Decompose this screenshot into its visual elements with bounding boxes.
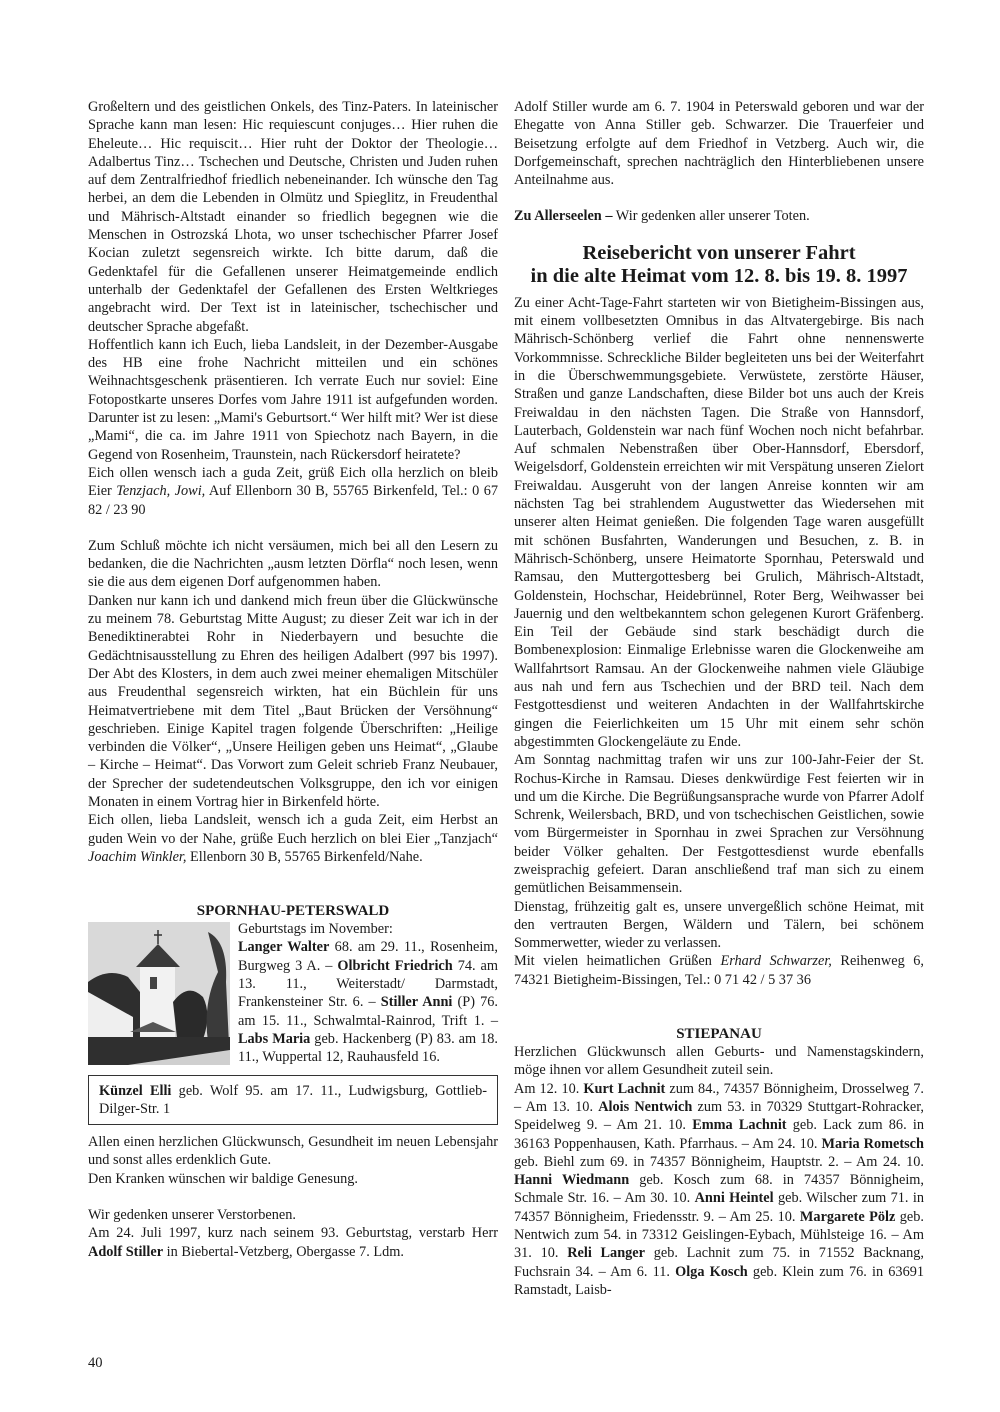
paragraph-obituary-continued: Adolf Stiller wurde am 6. 7. 1904 in Pet… xyxy=(514,98,924,189)
stiepanau-birthday-list: Am 12. 10. Kurt Lachnit zum 84., 74357 B… xyxy=(514,1080,924,1300)
paragraph-greeting-tenzjach: Eich ollen wensch iach a guda Zeit, grüß… xyxy=(88,464,498,519)
report-paragraph-3: Dienstag, frühzeitig galt es, unsere unv… xyxy=(514,898,924,953)
section-stiepanau: STIEPANAU Herzlichen Glückwunsch allen G… xyxy=(514,1025,924,1299)
allerseelen-note: Zu Allerseelen – Wir gedenken aller unse… xyxy=(514,207,924,225)
paragraph-birthday-thanks: Danken nur kann ich und dankend mich fre… xyxy=(88,592,498,812)
birthday-list: Langer Walter 68. am 29. 11., Rosenheim,… xyxy=(238,938,498,1066)
deceased-notice: Am 24. Juli 1997, kurz nach seinem 93. G… xyxy=(88,1224,498,1261)
signature-schwarzer: Erhard Schwarzer, xyxy=(720,953,831,969)
birthdays-intro: Geburtstags im November: xyxy=(238,920,498,938)
paragraph-grave-inscriptions: Großeltern und des geistlichen Onkels, d… xyxy=(88,98,498,336)
section-title-spornhau: SPORNHAU-PETERSWALD xyxy=(88,902,498,920)
section-spornhau-peterswald: SPORNHAU-PETERSWALD xyxy=(88,902,498,1261)
signature-winkler: Joachim Winkler, xyxy=(88,849,186,865)
wishes-text: Allen einen herzlichen Glückwunsch, Gesu… xyxy=(88,1133,498,1170)
stiepanau-intro: Herzlichen Glückwunsch allen Geburts- un… xyxy=(514,1043,924,1080)
church-photo xyxy=(88,922,230,1065)
page-number: 40 xyxy=(88,1355,103,1372)
paragraph-greeting-winkler: Eich ollen, lieba Landsleit, wensch ich … xyxy=(88,811,498,866)
left-column: Großeltern und des geistlichen Onkels, d… xyxy=(88,98,498,1261)
signature-tenzjach: Tenzjach, Jowi, xyxy=(116,483,205,499)
get-well-text: Den Kranken wünschen wir baldige Genesun… xyxy=(88,1170,498,1188)
report-title: Reisebericht von unserer Fahrt in die al… xyxy=(514,242,924,288)
section-title-stiepanau: STIEPANAU xyxy=(514,1025,924,1043)
report-paragraph-1: Zu einer Acht-Tage-Fahrt starteten wir v… xyxy=(514,294,924,751)
spornhau-birthdays: Geburtstags im November: Langer Walter 6… xyxy=(238,920,498,1066)
church-illustration-icon xyxy=(88,922,230,1065)
deceased-intro: Wir gedenken unserer Verstorbenen. xyxy=(88,1206,498,1224)
paragraph-thanks-readers: Zum Schluß möchte ich nicht versäumen, m… xyxy=(88,537,498,592)
report-signature: Mit vielen heimatlichen Grüßen Erhard Sc… xyxy=(514,952,924,989)
highlighted-birthday-box: Künzel Elli geb. Wolf 95. am 17. 11., Lu… xyxy=(88,1075,498,1126)
right-column: Adolf Stiller wurde am 6. 7. 1904 in Pet… xyxy=(514,98,924,1299)
report-paragraph-2: Am Sonntag nachmittag trafen wir uns zur… xyxy=(514,751,924,897)
paragraph-photo-postcard: Hoffentlich kann ich Euch, lieba Landsle… xyxy=(88,336,498,464)
